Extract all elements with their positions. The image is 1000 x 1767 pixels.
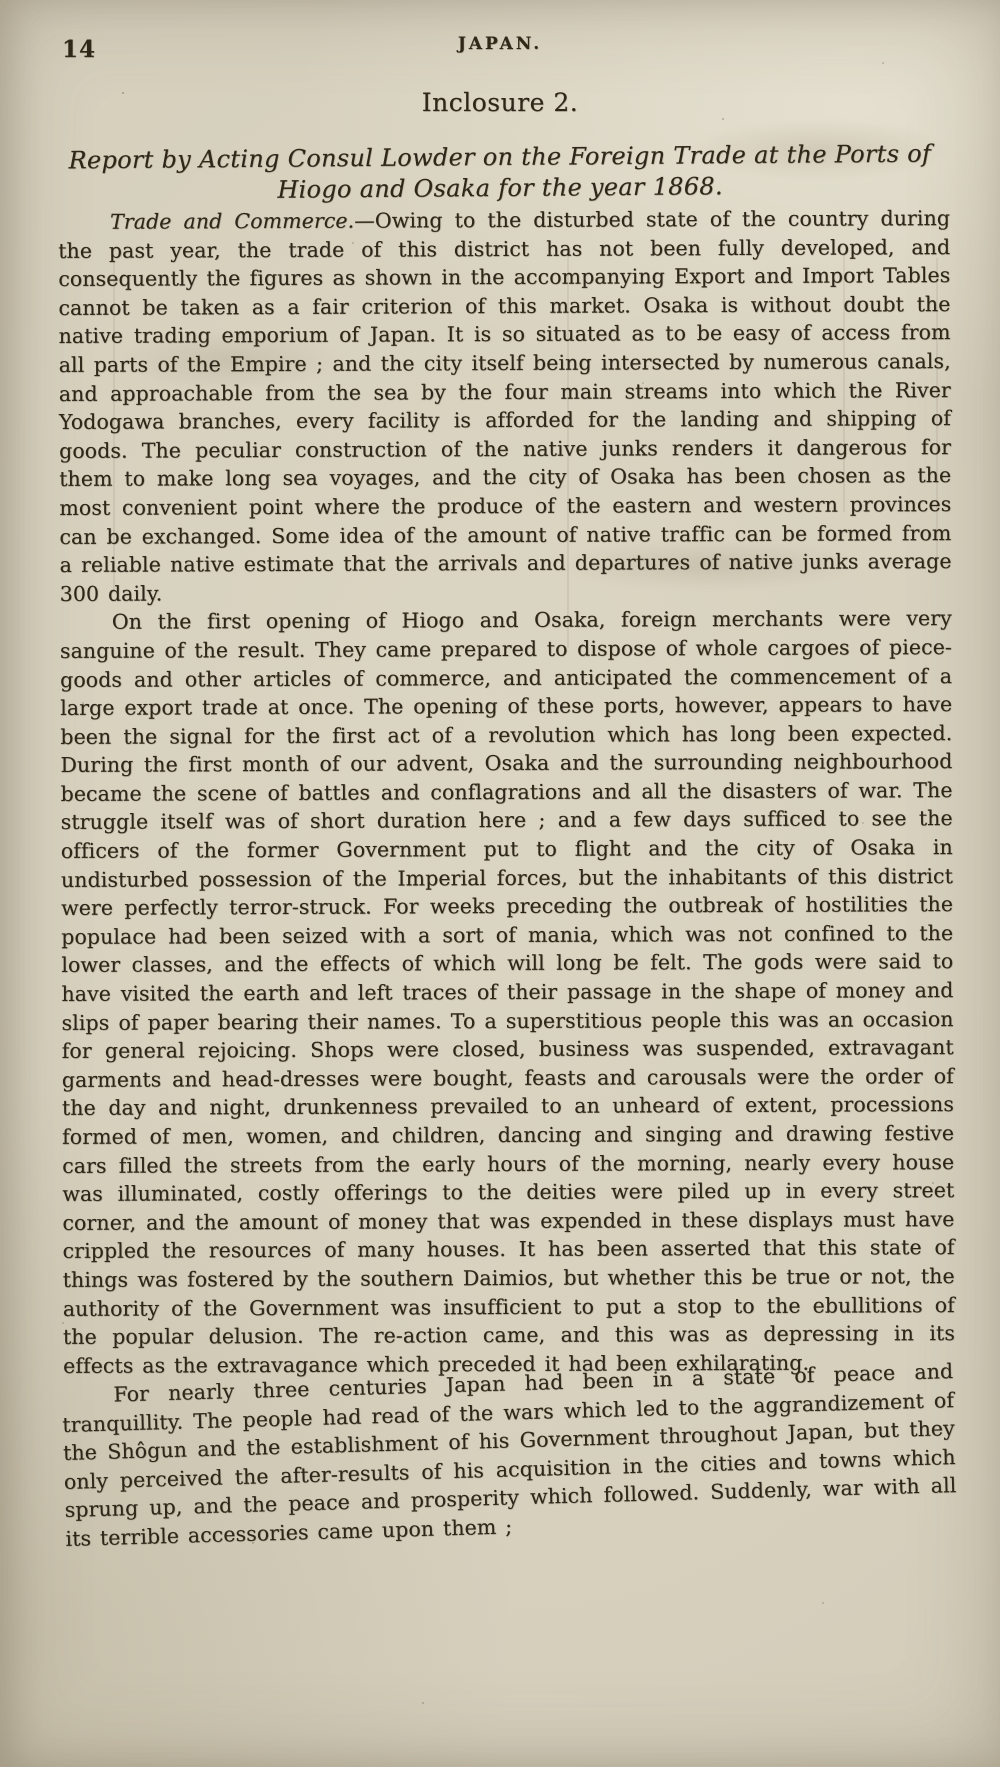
paragraph-three-centuries: For nearly three centuries Japan had bee… xyxy=(61,1357,957,1553)
paragraph-text: On the first opening of Hiogo and Osaka,… xyxy=(60,606,955,1377)
paragraph-lead-in: Trade and Commerce.— xyxy=(110,209,375,234)
page-header: 14 JAPAN. xyxy=(0,30,1000,64)
report-body: Trade and Commerce.—Owing to the disturb… xyxy=(58,204,956,1554)
inclosure-heading: Inclosure 2. xyxy=(0,88,1000,117)
page-number: 14 xyxy=(62,36,96,63)
paragraph-text: Owing to the disturbed state of the coun… xyxy=(58,206,951,606)
paper-speckles xyxy=(0,0,2,2)
paragraph-text: For nearly three centuries Japan had bee… xyxy=(62,1359,957,1551)
paragraph-first-opening: On the first opening of Hiogo and Osaka,… xyxy=(60,604,955,1380)
running-head: JAPAN. xyxy=(0,30,1000,54)
report-title: Report by Acting Consul Lowder on the Fo… xyxy=(40,138,960,207)
scanned-page: 14 JAPAN. Inclosure 2. Report by Acting … xyxy=(0,0,1000,1767)
paragraph-trade-and-commerce: Trade and Commerce.—Owing to the disturb… xyxy=(58,204,952,608)
